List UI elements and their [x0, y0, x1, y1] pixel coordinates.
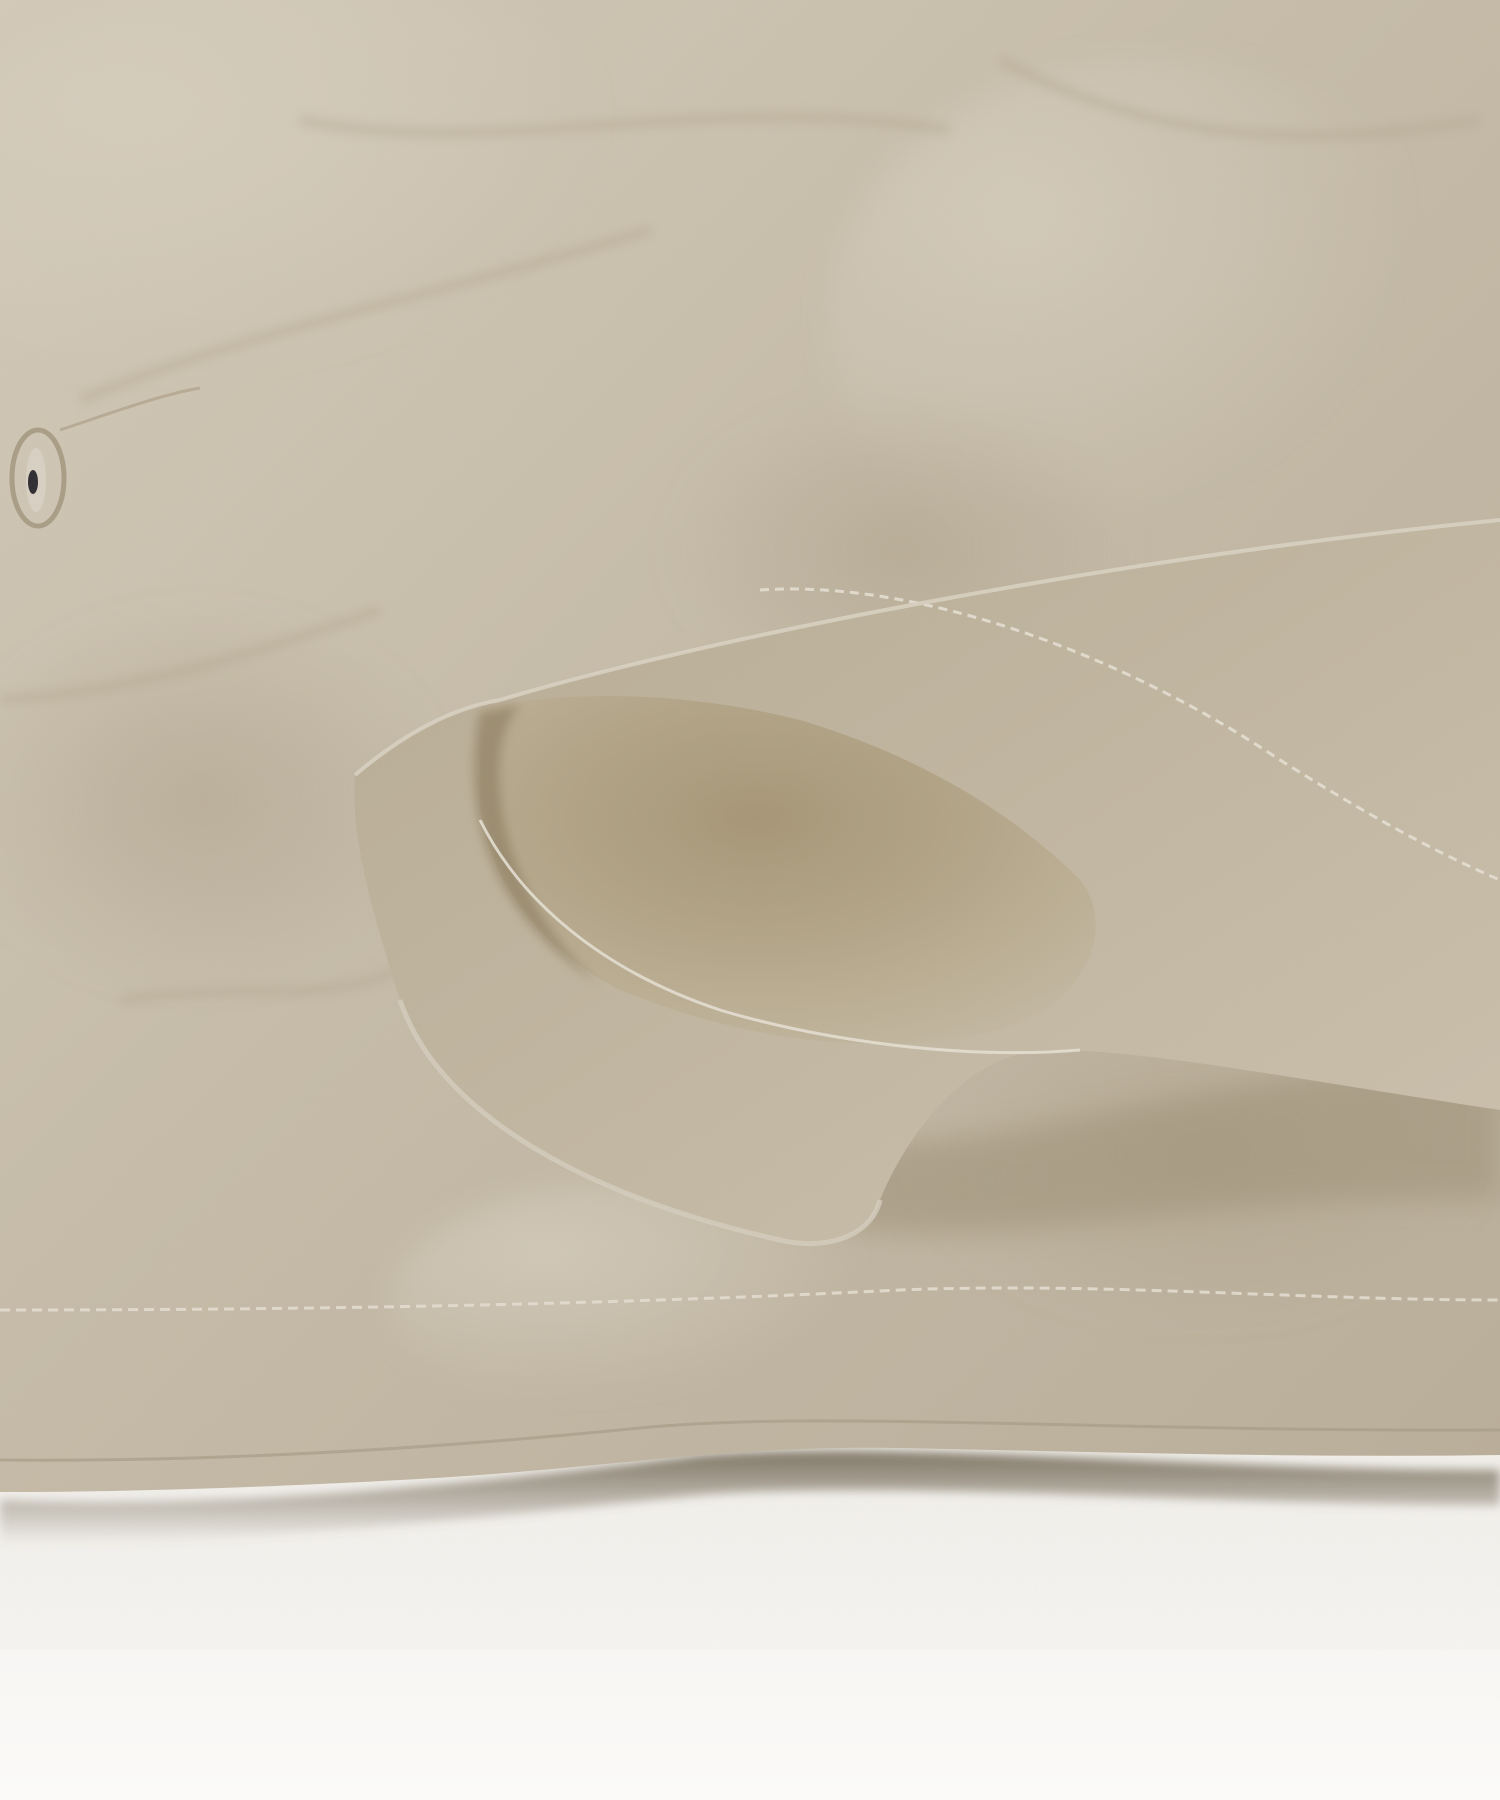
fabric-texture	[0, 0, 1500, 1500]
fabric-illustration	[0, 0, 1500, 1800]
fabric-photo: Beige fabric with folded hem, topstitchi…	[0, 0, 1500, 1800]
